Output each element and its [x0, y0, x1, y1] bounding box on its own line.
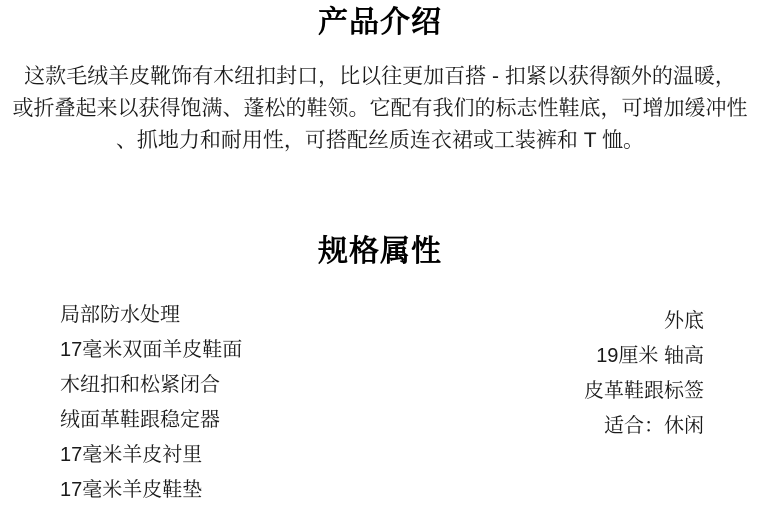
spec-list-right: 外底 19厘米 轴高 皮革鞋跟标签 适合：休闲 [584, 304, 704, 444]
spec-item: 皮革鞋跟标签 [584, 374, 704, 409]
spec-item: 绒面革鞋跟稳定器 [60, 403, 242, 438]
spec-item: 19厘米 轴高 [584, 339, 704, 374]
product-intro-title: 产品介绍 [0, 0, 760, 41]
spec-item: 17毫米羊皮衬里 [60, 438, 242, 473]
specifications-section: 规格属性 局部防水处理 17毫米双面羊皮鞋面 木纽扣和松紧闭合 绒面革鞋跟稳定器… [0, 234, 760, 508]
spec-item: 局部防水处理 [60, 298, 242, 333]
specifications-title: 规格属性 [0, 234, 760, 270]
paragraph-line: 、抓地力和耐用性，可搭配丝质连衣裙或工装裤和 T 恤。 [4, 125, 756, 157]
spec-columns: 局部防水处理 17毫米双面羊皮鞋面 木纽扣和松紧闭合 绒面革鞋跟稳定器 17毫米… [0, 298, 760, 508]
product-intro-paragraph: 这款毛绒羊皮靴饰有木纽扣封口，比以往更加百搭 - 扣紧以获得额外的温暖， 或折叠… [0, 61, 760, 157]
paragraph-line: 这款毛绒羊皮靴饰有木纽扣封口，比以往更加百搭 - 扣紧以获得额外的温暖， [4, 61, 756, 93]
spec-item: 外底 [584, 304, 704, 339]
spec-item: 17毫米双面羊皮鞋面 [60, 333, 242, 368]
spec-item: 木纽扣和松紧闭合 [60, 368, 242, 403]
spec-item: 17毫米羊皮鞋垫 [60, 473, 242, 508]
product-intro-section: 产品介绍 这款毛绒羊皮靴饰有木纽扣封口，比以往更加百搭 - 扣紧以获得额外的温暖… [0, 0, 760, 157]
paragraph-line: 或折叠起来以获得饱满、蓬松的鞋领。它配有我们的标志性鞋底，可增加缓冲性 [4, 93, 756, 125]
product-detail-page: 产品介绍 这款毛绒羊皮靴饰有木纽扣封口，比以往更加百搭 - 扣紧以获得额外的温暖… [0, 0, 760, 520]
spec-list-left: 局部防水处理 17毫米双面羊皮鞋面 木纽扣和松紧闭合 绒面革鞋跟稳定器 17毫米… [60, 298, 242, 508]
spec-item: 适合：休闲 [584, 409, 704, 444]
